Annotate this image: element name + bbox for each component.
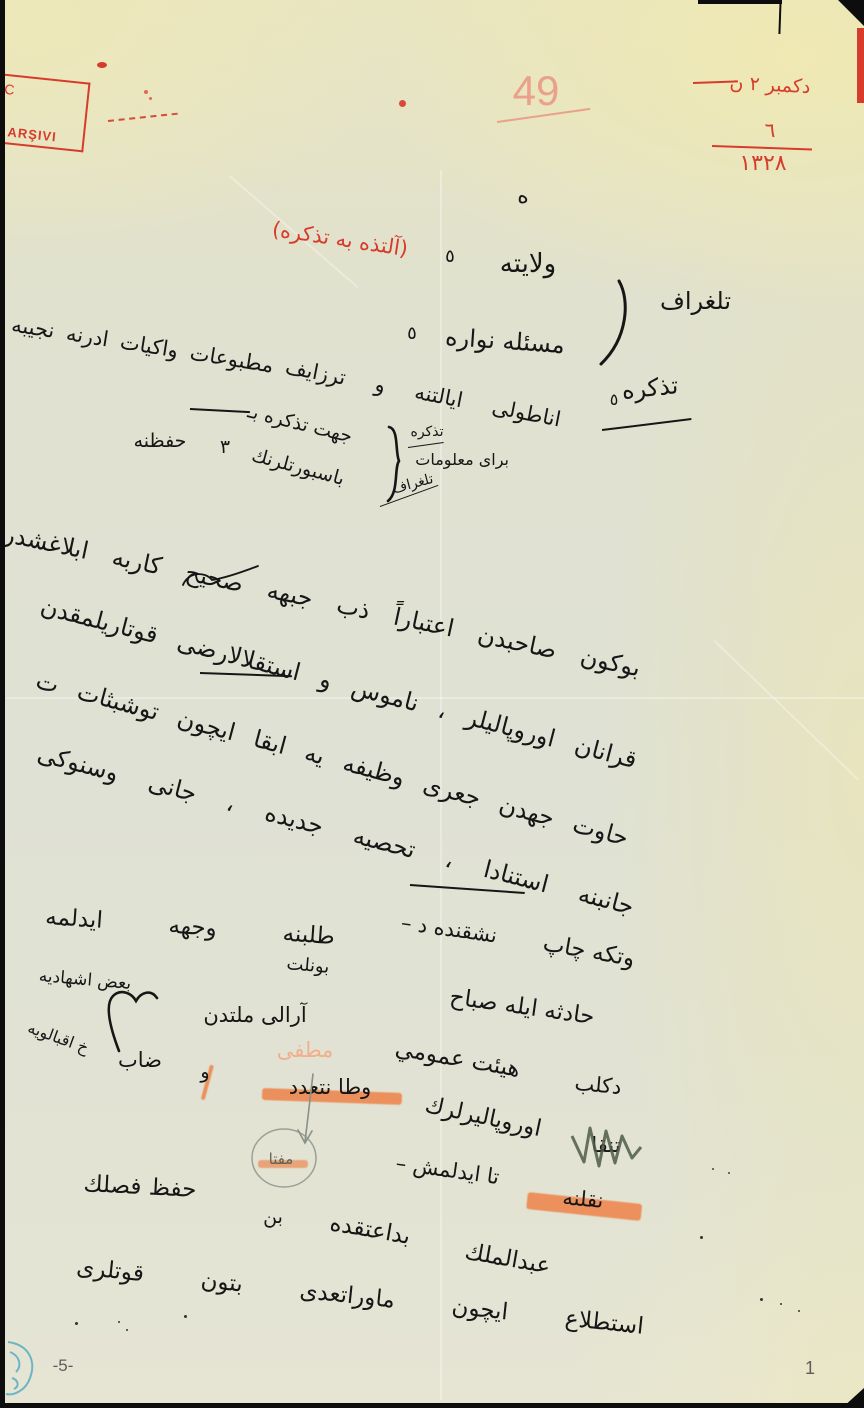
blue-stamp-partial [6,1342,32,1394]
curly-brace-stroke [388,427,399,501]
scanned-document-page: C I ARŞIVI 49 دكمبر ٢ ن ٦ ١٣٢٨ ه (آلتذه … [0,0,864,1408]
bottom-scan-edge [0,1403,864,1408]
top-scan-edge [698,0,782,4]
large-parenthesis-stroke [601,281,625,364]
large-mim-mark [109,992,157,1051]
ink-strokes-layer [0,0,864,1408]
left-scan-edge [0,0,5,1408]
long-ha-stroke [183,566,258,585]
green-pencil-scribble [572,1128,641,1166]
pencil-arrow-icon [298,1074,313,1143]
pencil-circle-mark [252,1129,316,1187]
